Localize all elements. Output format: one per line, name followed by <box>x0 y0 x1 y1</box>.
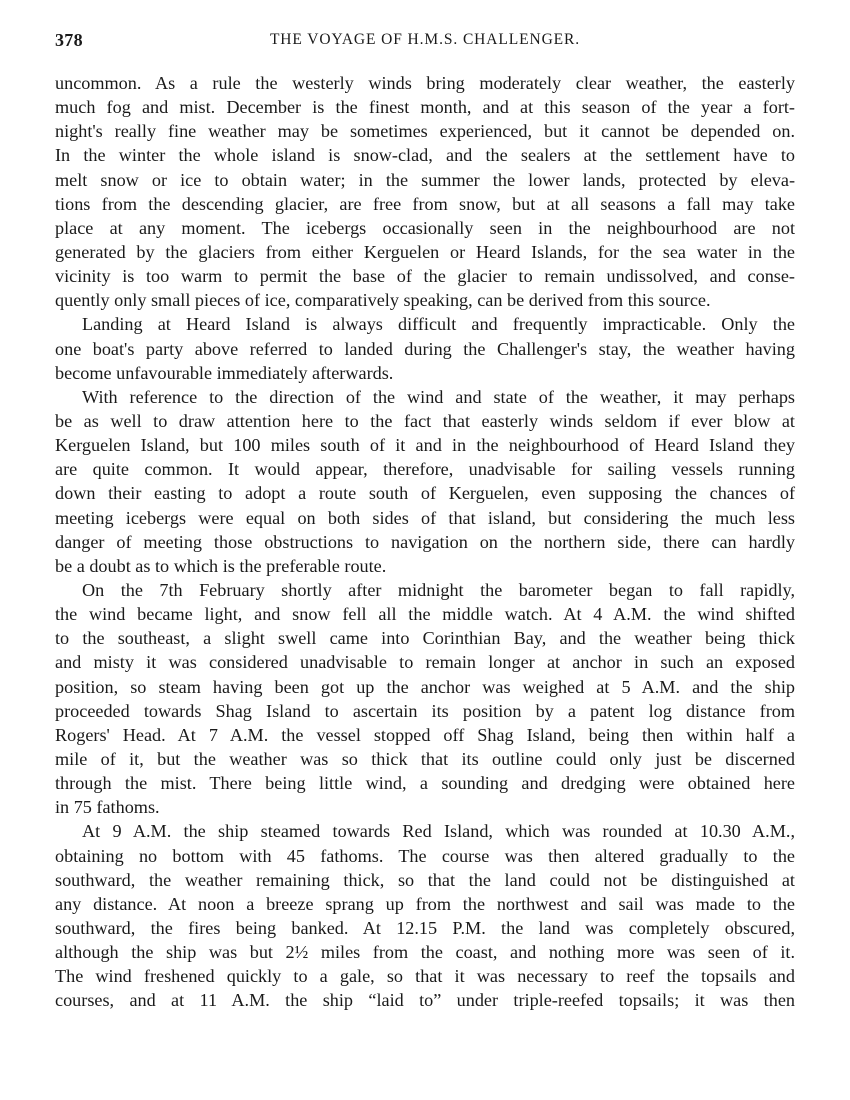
text-line: in 75 fathoms. <box>55 795 795 819</box>
text-line: proceeded towards Shag Island to ascerta… <box>55 699 795 723</box>
text-line: through the mist. There being little win… <box>55 771 795 795</box>
text-line: Kerguelen Island, but 100 miles south of… <box>55 433 795 457</box>
text-line: night's really fine weather may be somet… <box>55 119 795 143</box>
text-line: any distance. At noon a breeze sprang up… <box>55 892 795 916</box>
text-line: On the 7th February shortly after midnig… <box>55 578 795 602</box>
text-line: position, so steam having been got up th… <box>55 675 795 699</box>
body-text: uncommon. As a rule the westerly winds b… <box>55 71 795 1012</box>
text-line: become unfavourable immediately afterwar… <box>55 361 795 385</box>
text-line: At 9 A.M. the ship steamed towards Red I… <box>55 819 795 843</box>
text-line: much fog and mist. December is the fines… <box>55 95 795 119</box>
text-line: danger of meeting those obstructions to … <box>55 530 795 554</box>
text-line: the wind became light, and snow fell all… <box>55 602 795 626</box>
text-line: courses, and at 11 A.M. the ship “laid t… <box>55 988 795 1012</box>
text-line: Landing at Heard Island is always diffic… <box>55 312 795 336</box>
text-line: Rogers' Head. At 7 A.M. the vessel stopp… <box>55 723 795 747</box>
text-line: one boat's party above referred to lande… <box>55 337 795 361</box>
text-line: to the southeast, a slight swell came in… <box>55 626 795 650</box>
text-line: obtaining no bottom with 45 fathoms. The… <box>55 844 795 868</box>
text-line: quently only small pieces of ice, compar… <box>55 288 795 312</box>
text-line: are quite common. It would appear, there… <box>55 457 795 481</box>
text-line: be a doubt as to which is the preferable… <box>55 554 795 578</box>
text-line: be as well to draw attention here to the… <box>55 409 795 433</box>
text-line: The wind freshened quickly to a gale, so… <box>55 964 795 988</box>
text-line: place at any moment. The icebergs occasi… <box>55 216 795 240</box>
text-line: mile of it, but the weather was so thick… <box>55 747 795 771</box>
text-line: In the winter the whole island is snow-c… <box>55 143 795 167</box>
text-line: although the ship was but 2½ miles from … <box>55 940 795 964</box>
text-line: tions from the descending glacier, are f… <box>55 192 795 216</box>
text-line: southward, the weather remaining thick, … <box>55 868 795 892</box>
running-title: THE VOYAGE OF H.M.S. CHALLENGER. <box>55 31 795 49</box>
text-line: vicinity is too warm to permit the base … <box>55 264 795 288</box>
text-line: With reference to the direction of the w… <box>55 385 795 409</box>
text-line: southward, the fires being banked. At 12… <box>55 916 795 940</box>
text-line: uncommon. As a rule the westerly winds b… <box>55 71 795 95</box>
text-line: generated by the glaciers from either Ke… <box>55 240 795 264</box>
text-line: meeting icebergs were equal on both side… <box>55 506 795 530</box>
text-line: and misty it was considered unadvisable … <box>55 650 795 674</box>
text-line: down their easting to adopt a route sout… <box>55 481 795 505</box>
page-header: 378 THE VOYAGE OF H.M.S. CHALLENGER. <box>55 30 795 56</box>
text-line: melt snow or ice to obtain water; in the… <box>55 168 795 192</box>
